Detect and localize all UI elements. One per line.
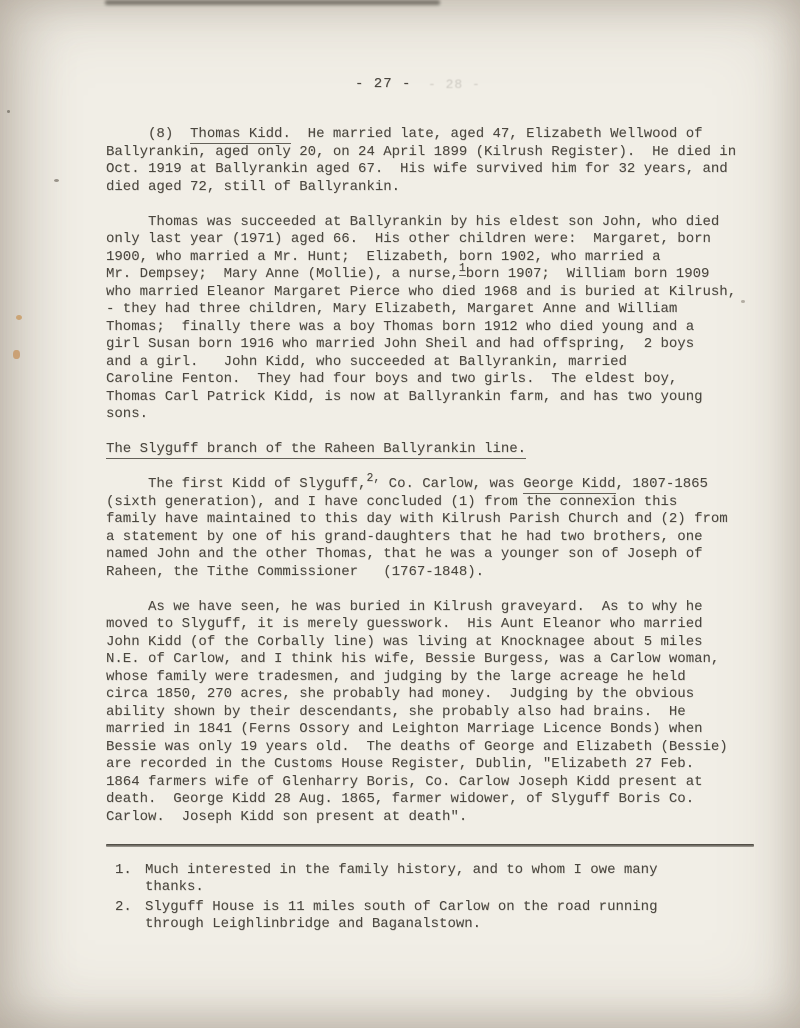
page-number: - 27 -: [355, 76, 411, 92]
paragraph-text: born 1907; William born 1909 who married…: [106, 266, 736, 422]
paragraph-kilrush-graveyard: As we have seen, he was buried in Kilrus…: [106, 599, 762, 827]
footnote-separator-line: [106, 844, 754, 847]
paper-speck: [54, 179, 59, 182]
footnote-marker-1: 1: [459, 263, 466, 276]
paper-speck: [13, 350, 20, 359]
scanned-document-page: - 27 - - 28 - (8) Thomas Kidd. He marrie…: [0, 0, 800, 1028]
section-heading-slyguff-branch: The Slyguff branch of the Raheen Ballyra…: [106, 441, 762, 459]
paper-speck: [16, 315, 22, 320]
page-number-bleedthrough: - 28 -: [428, 77, 481, 92]
footnote-number: 1.: [106, 862, 145, 897]
paragraph-lead: (8): [106, 126, 190, 142]
paragraph-text: Co. Carlow, was: [380, 476, 523, 492]
footnote-1: 1. Much interested in the family history…: [106, 862, 762, 897]
paragraph-first-kidd-of-slyguff: The first Kidd of Slyguff,2, Co. Carlow,…: [106, 476, 762, 581]
footnote-number: 2.: [106, 899, 145, 934]
paragraph-thomas-kidd: (8) Thomas Kidd. He married late, aged 4…: [106, 126, 762, 196]
scan-artifact-top-edge: [105, 0, 440, 5]
footnote-text: Slyguff House is 11 miles south of Carlo…: [145, 899, 762, 934]
paragraph-text: The first Kidd of Slyguff,: [106, 476, 366, 492]
footnote-2: 2. Slyguff House is 11 miles south of Ca…: [106, 899, 762, 934]
footnote-marker-2: 2,: [366, 473, 380, 485]
footnote-text: Much interested in the family history, a…: [145, 862, 762, 897]
paper-speck: [7, 110, 10, 113]
underlined-name-george-kidd: George Kidd: [523, 476, 615, 494]
paragraph-ballyrankin-succession: Thomas was succeeded at Ballyrankin by h…: [106, 214, 762, 424]
section-heading-text: The Slyguff branch of the Raheen Ballyra…: [106, 441, 526, 459]
typewritten-text-block: (8) Thomas Kidd. He married late, aged 4…: [106, 126, 762, 936]
underlined-name-thomas-kidd: Thomas Kidd.: [190, 126, 291, 144]
